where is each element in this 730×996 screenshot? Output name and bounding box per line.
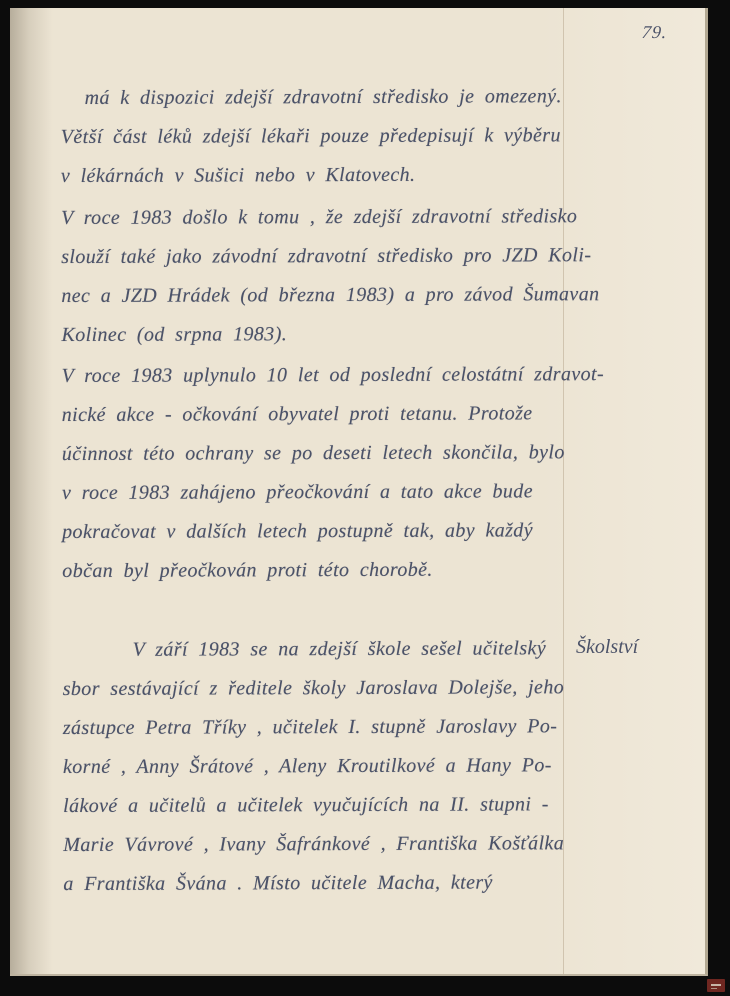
chronicle-page: 79. Školství má k dispozici zdejší zdrav… (10, 8, 708, 976)
handwritten-line: a Františka Švána . Místo učitele Macha,… (63, 863, 556, 904)
handwritten-line: Marie Vávrové , Ivany Šafránkové , Frant… (63, 824, 556, 865)
handwritten-line: V září 1983 se na zdejší škole sešel uči… (62, 629, 555, 670)
paragraph: V září 1983 se na zdejší škole sešel uči… (62, 629, 556, 904)
paragraph: má k dispozici zdejší zdravotní středisk… (61, 77, 554, 196)
photo-black-border: 79. Školství má k dispozici zdejší zdrav… (0, 0, 730, 996)
handwritten-line: účinnost této ochrany se po deseti letec… (62, 433, 555, 474)
handwritten-line: sbor sestávající z ředitele školy Jarosl… (63, 668, 556, 709)
handwritten-line: Větší část léků zdejší lékaři pouze před… (61, 116, 554, 157)
handwritten-line: má k dispozici zdejší zdravotní středisk… (61, 77, 554, 118)
scanner-corner-mark (707, 979, 725, 992)
handwritten-line: zástupce Petra Tříky , učitelek I. stupn… (63, 707, 556, 748)
handwritten-line: v lékárnách v Sušici nebo v Klatovech. (61, 155, 554, 196)
handwritten-line: pokračovat v dalších letech postupně tak… (62, 511, 555, 552)
paragraph: V roce 1983 došlo k tomu , že zdejší zdr… (61, 197, 555, 355)
handwritten-line: slouží také jako závodní zdravotní střed… (61, 236, 554, 277)
handwritten-line: v roce 1983 zahájeno přeočkování a tato … (62, 472, 555, 513)
corner-mark-line (711, 984, 721, 986)
handwritten-line: korné , Anny Šrátové , Aleny Kroutilkové… (63, 746, 556, 787)
handwritten-line: nec a JZD Hrádek (od března 1983) a pro … (61, 275, 554, 316)
handwritten-line: nické akce - očkování obyvatel proti tet… (62, 394, 555, 435)
handwritten-text-block: má k dispozici zdejší zdravotní středisk… (8, 7, 706, 975)
scanned-chronicle-photo: { "page": { "number": "79.", "margin_not… (0, 0, 730, 996)
corner-mark-dot (711, 988, 717, 989)
handwritten-line: V roce 1983 došlo k tomu , že zdejší zdr… (61, 197, 554, 238)
handwritten-line: V roce 1983 uplynulo 10 let od poslední … (62, 355, 555, 396)
handwritten-line: Kolinec (od srpna 1983). (61, 314, 554, 355)
handwritten-line: lákové a učitelů a učitelek vyučujících … (63, 785, 556, 826)
handwritten-line: občan byl přeočkován proti této chorobě. (62, 550, 555, 591)
paragraph: V roce 1983 uplynulo 10 let od poslední … (62, 355, 556, 591)
